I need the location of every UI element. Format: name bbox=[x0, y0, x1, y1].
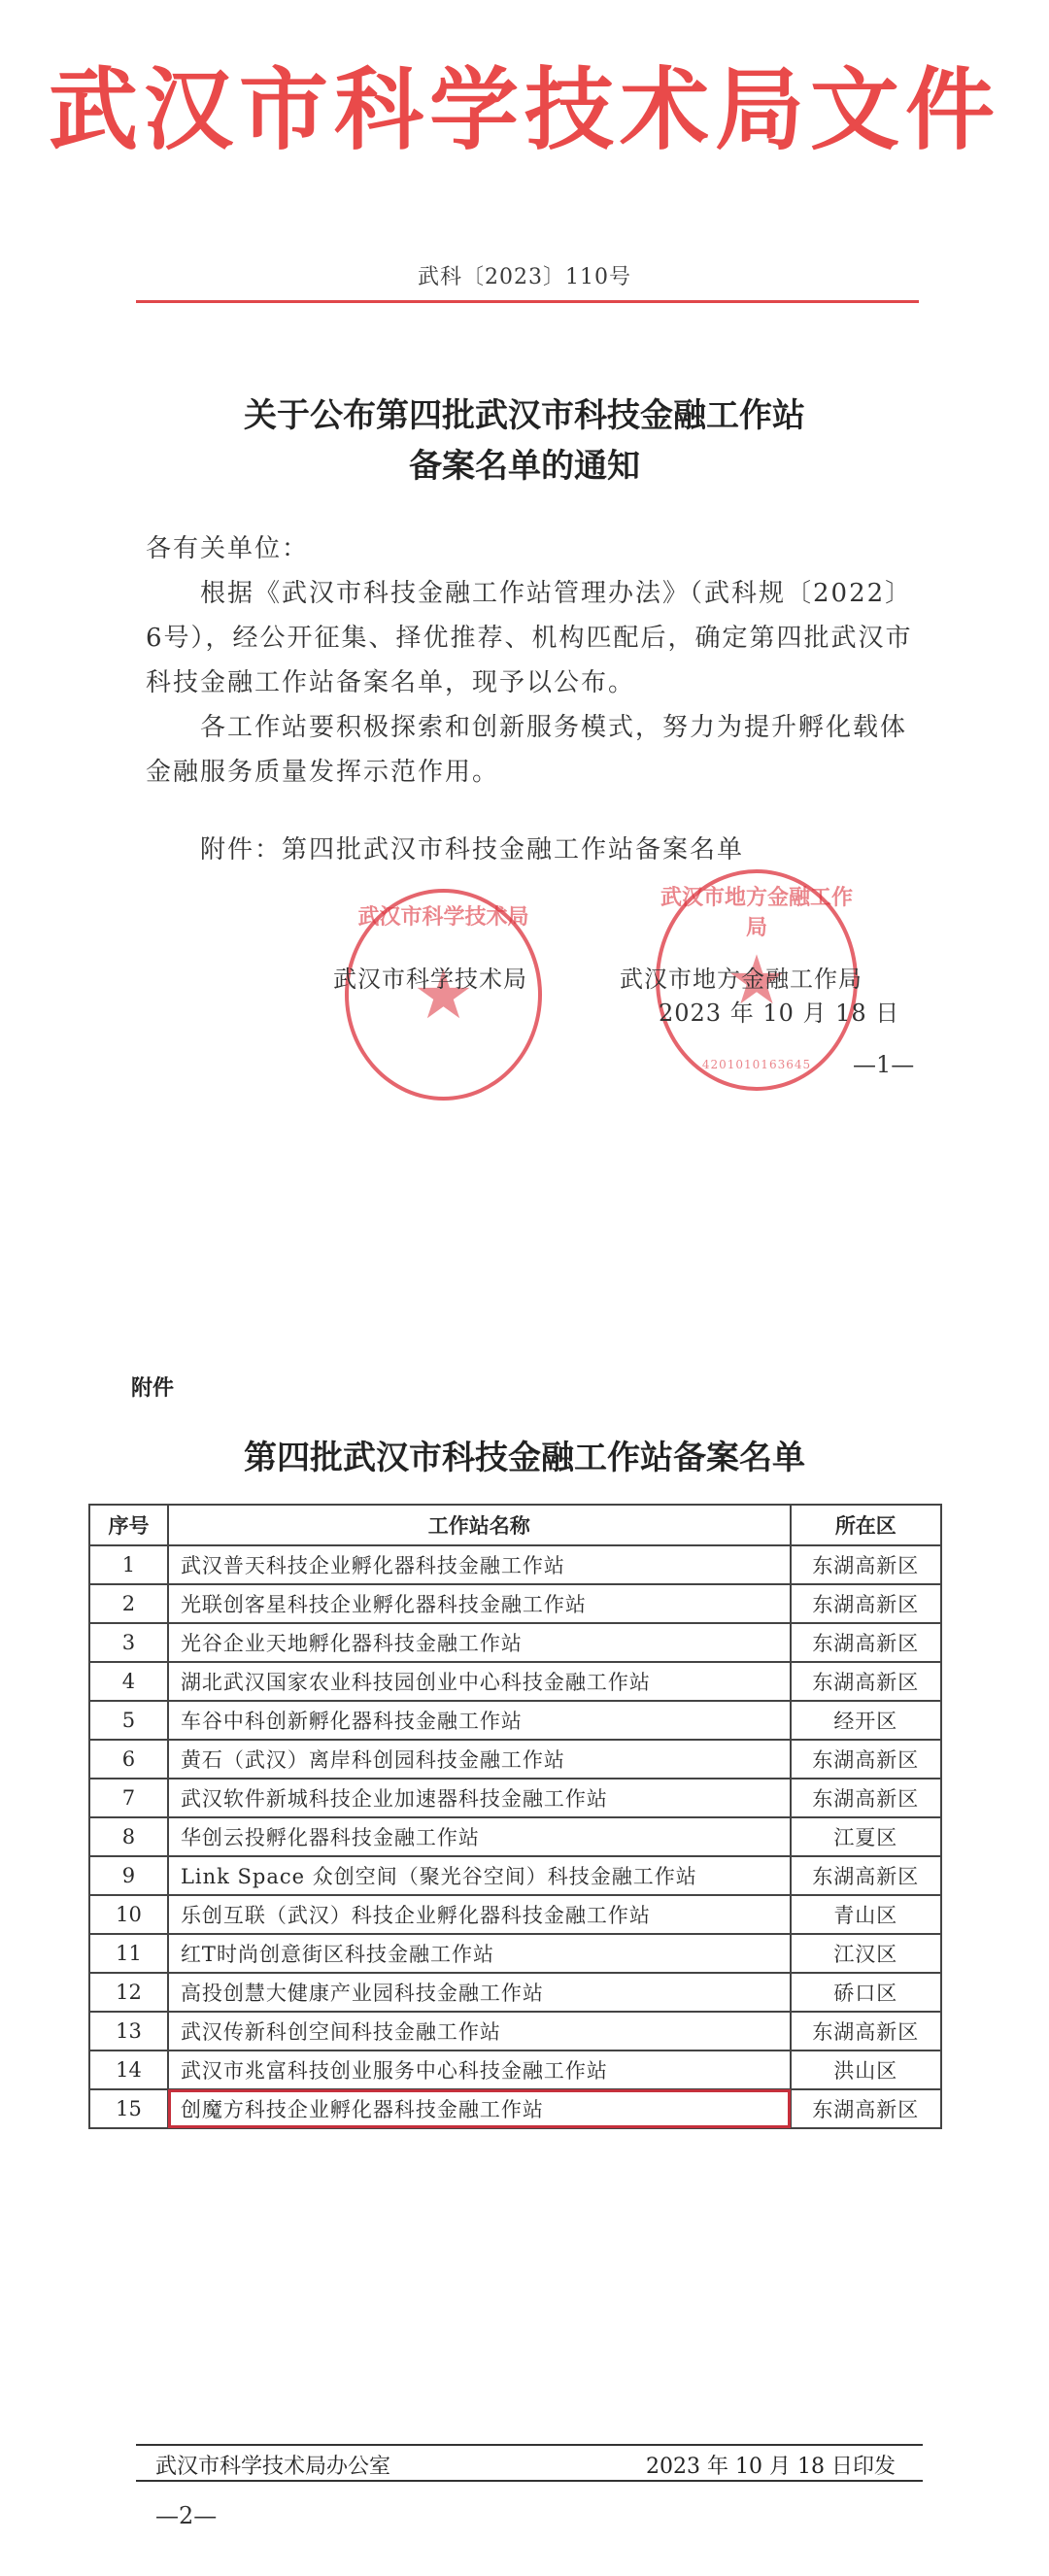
row-number: 14 bbox=[89, 2051, 168, 2089]
red-divider bbox=[136, 300, 919, 303]
issue-date: 2023 年 10 月 18 日 bbox=[659, 994, 899, 1028]
column-header-district: 所在区 bbox=[791, 1505, 941, 1545]
paragraph-2: 各工作站要积极探索和创新服务模式，努力为提升孵化载体金融服务质量发挥示范作用。 bbox=[146, 705, 923, 795]
district: 江汉区 bbox=[791, 1934, 941, 1973]
district: 东湖高新区 bbox=[791, 1856, 941, 1895]
station-name: 红T时尚创意街区科技金融工作站 bbox=[168, 1934, 791, 1973]
print-date: 2023 年 10 月 18 日印发 bbox=[646, 2450, 896, 2480]
station-name: 武汉软件新城科技企业加速器科技金融工作站 bbox=[168, 1779, 791, 1817]
row-number: 5 bbox=[89, 1701, 168, 1740]
paragraph-1: 根据《武汉市科技金融工作站管理办法》（武科规〔2022〕6号），经公开征集、择优… bbox=[146, 571, 923, 705]
station-name: 黄石（武汉）离岸科创园科技金融工作站 bbox=[168, 1740, 791, 1779]
table-row: 13武汉传新科创空间科技金融工作站东湖高新区 bbox=[89, 2012, 941, 2051]
seal-ring-text: 武汉市地方金融工作局 bbox=[660, 881, 854, 941]
station-name: 车谷中科创新孵化器科技金融工作站 bbox=[168, 1701, 791, 1740]
appendix-label: 附件 bbox=[131, 1372, 174, 1402]
station-name: 高投创慧大健康产业园科技金融工作站 bbox=[168, 1973, 791, 2012]
station-name: 湖北武汉国家农业科技园创业中心科技金融工作站 bbox=[168, 1662, 791, 1701]
station-name: 武汉市兆富科技创业服务中心科技金融工作站 bbox=[168, 2051, 791, 2089]
table-row: 10乐创互联（武汉）科技企业孵化器科技金融工作站青山区 bbox=[89, 1895, 941, 1934]
salutation: 各有关单位： bbox=[146, 526, 923, 571]
station-list-table: 序号 工作站名称 所在区 1武汉普天科技企业孵化器科技金融工作站东湖高新区 2光… bbox=[88, 1504, 942, 2129]
attachment-note: 附件：第四批武汉市科技金融工作站备案名单 bbox=[146, 828, 923, 872]
row-number: 13 bbox=[89, 2012, 168, 2051]
table-row: 4湖北武汉国家农业科技园创业中心科技金融工作站东湖高新区 bbox=[89, 1662, 941, 1701]
appendix-title: 第四批武汉市科技金融工作站备案名单 bbox=[0, 1431, 1049, 1478]
table-row: 5车谷中科创新孵化器科技金融工作站经开区 bbox=[89, 1701, 941, 1740]
district: 经开区 bbox=[791, 1701, 941, 1740]
table-row: 8华创云投孵化器科技金融工作站江夏区 bbox=[89, 1817, 941, 1856]
table-row: 12高投创慧大健康产业园科技金融工作站硚口区 bbox=[89, 1973, 941, 2012]
station-name: 华创云投孵化器科技金融工作站 bbox=[168, 1817, 791, 1856]
seal-code: 4201010163645 bbox=[660, 1058, 854, 1071]
district: 洪山区 bbox=[791, 2051, 941, 2089]
district: 东湖高新区 bbox=[791, 1779, 941, 1817]
document-masthead: 武汉市科学技术局文件 bbox=[0, 47, 1049, 173]
document-number: 武科〔2023〕110号 bbox=[0, 260, 1049, 290]
notice-title-line2: 备案名单的通知 bbox=[0, 441, 1049, 491]
notice-title: 关于公布第四批武汉市科技金融工作站 备案名单的通知 bbox=[0, 390, 1049, 491]
table-row-highlighted: 15创魔方科技企业孵化器科技金融工作站东湖高新区 bbox=[89, 2089, 941, 2128]
issuing-office: 武汉市科学技术局办公室 bbox=[155, 2450, 390, 2480]
table-header-row: 序号 工作站名称 所在区 bbox=[89, 1505, 941, 1545]
district: 江夏区 bbox=[791, 1817, 941, 1856]
table-row: 9Link Space 众创空间（聚光谷空间）科技金融工作站东湖高新区 bbox=[89, 1856, 941, 1895]
row-number: 10 bbox=[89, 1895, 168, 1934]
row-number: 8 bbox=[89, 1817, 168, 1856]
table-row: 2光联创客星科技企业孵化器科技金融工作站东湖高新区 bbox=[89, 1584, 941, 1623]
row-number: 15 bbox=[89, 2089, 168, 2128]
row-number: 9 bbox=[89, 1856, 168, 1895]
district: 东湖高新区 bbox=[791, 1740, 941, 1779]
table-row: 1武汉普天科技企业孵化器科技金融工作站东湖高新区 bbox=[89, 1545, 941, 1584]
station-name: Link Space 众创空间（聚光谷空间）科技金融工作站 bbox=[168, 1856, 791, 1895]
table-row: 3光谷企业天地孵化器科技金融工作站东湖高新区 bbox=[89, 1623, 941, 1662]
page-number-1: —1— bbox=[853, 1051, 914, 1078]
row-number: 6 bbox=[89, 1740, 168, 1779]
station-name: 光联创客星科技企业孵化器科技金融工作站 bbox=[168, 1584, 791, 1623]
row-number: 3 bbox=[89, 1623, 168, 1662]
district: 东湖高新区 bbox=[791, 2012, 941, 2051]
footer-top-rule bbox=[136, 2444, 923, 2446]
station-name: 乐创互联（武汉）科技企业孵化器科技金融工作站 bbox=[168, 1895, 791, 1934]
issuer-science-bureau: 武汉市科学技术局 bbox=[333, 960, 527, 994]
column-header-name: 工作站名称 bbox=[168, 1505, 791, 1545]
official-seal-science-bureau: 武汉市科学技术局 ★ bbox=[345, 889, 542, 1101]
station-name: 武汉普天科技企业孵化器科技金融工作站 bbox=[168, 1545, 791, 1584]
footer-bottom-rule bbox=[136, 2480, 923, 2482]
row-number: 11 bbox=[89, 1934, 168, 1973]
district: 东湖高新区 bbox=[791, 1623, 941, 1662]
table-row: 6黄石（武汉）离岸科创园科技金融工作站东湖高新区 bbox=[89, 1740, 941, 1779]
district: 硚口区 bbox=[791, 1973, 941, 2012]
district: 青山区 bbox=[791, 1895, 941, 1934]
notice-body: 各有关单位： 根据《武汉市科技金融工作站管理办法》（武科规〔2022〕6号），经… bbox=[146, 526, 923, 872]
table-row: 11红T时尚创意街区科技金融工作站江汉区 bbox=[89, 1934, 941, 1973]
district: 东湖高新区 bbox=[791, 2089, 941, 2128]
row-number: 1 bbox=[89, 1545, 168, 1584]
district: 东湖高新区 bbox=[791, 1662, 941, 1701]
seal-ring-text: 武汉市科学技术局 bbox=[349, 900, 538, 931]
page-number-2: —2— bbox=[155, 2502, 217, 2529]
row-number: 12 bbox=[89, 1973, 168, 2012]
column-header-number: 序号 bbox=[89, 1505, 168, 1545]
station-name-highlighted: 创魔方科技企业孵化器科技金融工作站 bbox=[168, 2089, 791, 2128]
row-number: 4 bbox=[89, 1662, 168, 1701]
district: 东湖高新区 bbox=[791, 1545, 941, 1584]
station-name: 武汉传新科创空间科技金融工作站 bbox=[168, 2012, 791, 2051]
issuer-finance-bureau: 武汉市地方金融工作局 bbox=[620, 960, 863, 994]
table-row: 7武汉软件新城科技企业加速器科技金融工作站东湖高新区 bbox=[89, 1779, 941, 1817]
district: 东湖高新区 bbox=[791, 1584, 941, 1623]
notice-title-line1: 关于公布第四批武汉市科技金融工作站 bbox=[0, 390, 1049, 441]
row-number: 7 bbox=[89, 1779, 168, 1817]
station-name: 光谷企业天地孵化器科技金融工作站 bbox=[168, 1623, 791, 1662]
table-row: 14武汉市兆富科技创业服务中心科技金融工作站洪山区 bbox=[89, 2051, 941, 2089]
row-number: 2 bbox=[89, 1584, 168, 1623]
